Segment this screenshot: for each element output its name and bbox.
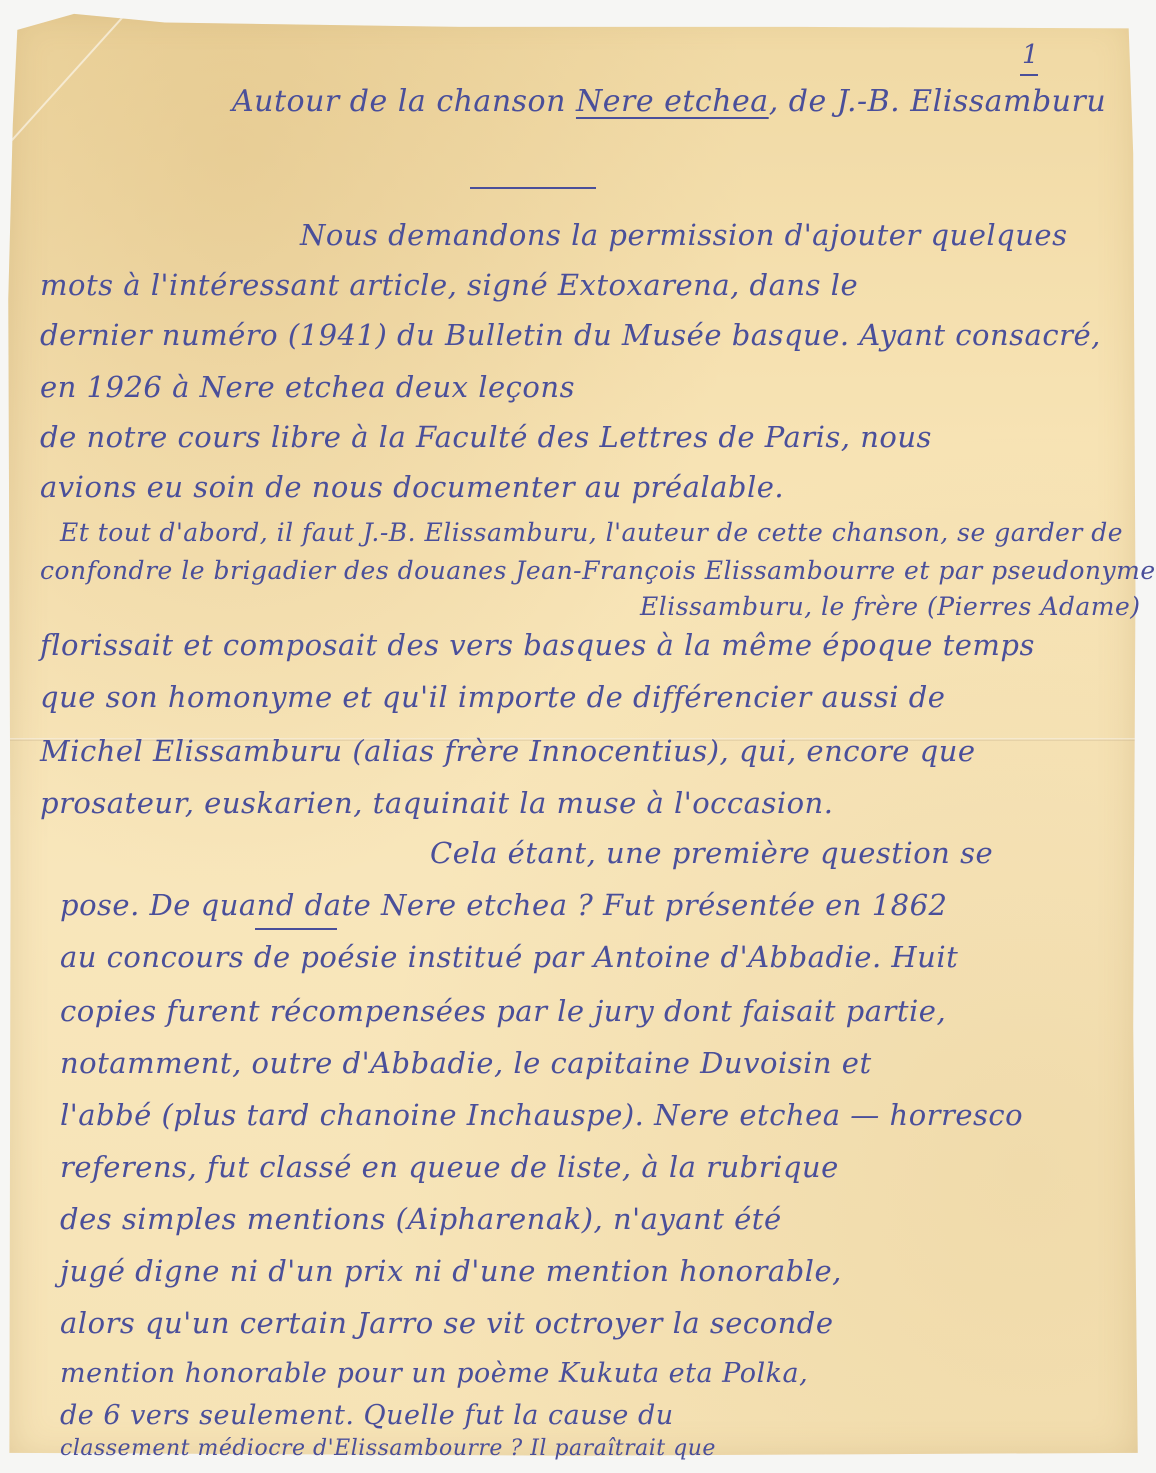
text-line-4: en 1926 à Nere etchea deux leçons bbox=[40, 370, 575, 404]
text-line-15: pose. De quand date Nere etchea ? Fut pr… bbox=[60, 888, 948, 922]
corner-crease bbox=[0, 0, 147, 170]
text-line-2: mots à l'intéressant article, signé Exto… bbox=[40, 268, 858, 302]
text-line-14: Cela étant, une première question se bbox=[430, 836, 993, 870]
text-line-17: copies furent récompensées par le jury d… bbox=[60, 994, 946, 1028]
text-line-10: florissait et composait des vers basques… bbox=[40, 628, 1035, 662]
document-title: Autour de la chanson Nere etchea, de J.-… bbox=[232, 84, 1106, 119]
text-line-19: l'abbé (plus tard chanoine Inchauspe). N… bbox=[60, 1098, 1023, 1132]
text-line-24: mention honorable pour un poème Kukuta e… bbox=[60, 1358, 808, 1389]
text-line-1: Nous demandons la permission d'ajouter q… bbox=[300, 218, 1067, 252]
text-line-11: que son homonyme et qu'il importe de dif… bbox=[40, 680, 945, 714]
text-line-18: notamment, outre d'Abbadie, le capitaine… bbox=[60, 1046, 872, 1080]
title-song-name: Nere etchea bbox=[576, 84, 769, 119]
title-suffix: , de J.-B. Elissamburu bbox=[769, 84, 1106, 119]
text-line-20: referens, fut classé en queue de liste, … bbox=[60, 1150, 839, 1184]
title-prefix: Autour de la chanson bbox=[232, 84, 576, 119]
text-line-8: confondre le brigadier des douanes Jean-… bbox=[40, 556, 1156, 585]
page-number-underline bbox=[1020, 74, 1038, 76]
text-line-21: des simples mentions (Aipharenak), n'aya… bbox=[60, 1202, 782, 1236]
text-line-23: alors qu'un certain Jarro se vit octroye… bbox=[60, 1306, 834, 1340]
text-line-5: de notre cours libre à la Faculté des Le… bbox=[40, 420, 932, 454]
text-line-6: avions eu soin de nous documenter au pré… bbox=[40, 470, 784, 504]
text-line-22: jugé digne ni d'un prix ni d'une mention… bbox=[60, 1254, 842, 1288]
text-line-26: classement médiocre d'Elissambourre ? Il… bbox=[60, 1436, 716, 1461]
text-line-3: dernier numéro (1941) du Bulletin du Mus… bbox=[40, 318, 1101, 352]
text-line-7: Et tout d'abord, il faut J.-B. Elissambu… bbox=[60, 518, 1123, 547]
text-line-25: de 6 vers seulement. Quelle fut la cause… bbox=[60, 1400, 674, 1431]
text-line-13: prosateur, euskarien, taquinait la muse … bbox=[40, 786, 833, 820]
text-line-9: Elissamburu, le frère (Pierres Adame) bbox=[640, 592, 1141, 621]
text-line-12: Michel Elissamburu (alias frère Innocent… bbox=[40, 734, 976, 768]
underline-nere-etchea-1 bbox=[255, 928, 337, 930]
title-separator-rule bbox=[470, 187, 596, 189]
text-line-16: au concours de poésie institué par Antoi… bbox=[60, 940, 958, 974]
page-number: 1 bbox=[1022, 40, 1039, 70]
